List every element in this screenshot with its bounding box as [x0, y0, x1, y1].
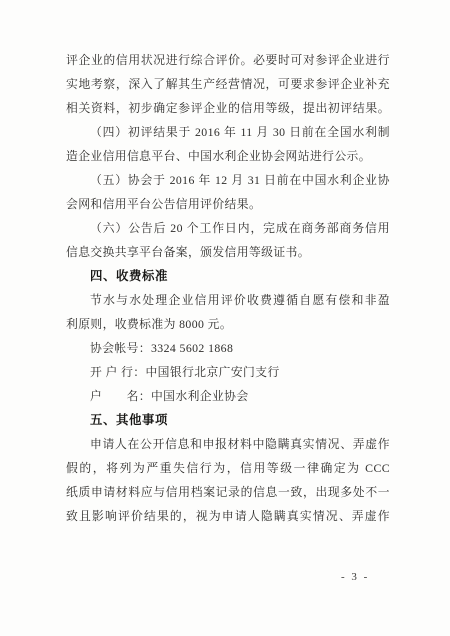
page-number: - 3 -	[341, 571, 369, 583]
paragraph: 协会帐号：3324 5602 1868	[66, 336, 390, 360]
text-line: 假的，将列为严重失信行为，信用等级一律确定为 CCC 级。	[66, 456, 390, 480]
text-line: 会网和信用平台公告信用评价结果。	[66, 192, 390, 216]
paragraph: 开 户 行：中国银行北京广安门支行	[66, 360, 390, 384]
paragraph: （五）协会于 2016 年 12 月 31 日前在中国水利企业协会网和信用平台公…	[66, 168, 390, 216]
text-line: 协会帐号：3324 5602 1868	[66, 336, 390, 360]
section-heading: 五、其他事项	[66, 408, 390, 432]
text-line: （五）协会于 2016 年 12 月 31 日前在中国水利企业协	[66, 168, 390, 192]
text-line: 造企业信用信息平台、中国水利企业协会网站进行公示。	[66, 144, 390, 168]
paragraph: （四）初评结果于 2016 年 11 月 30 日前在全国水利制造企业信用信息平…	[66, 120, 390, 168]
text-line: 相关资料，初步确定参评企业的信用等级，提出初评结果。	[66, 96, 390, 120]
paragraph: 节水与水处理企业信用评价收费遵循自愿有偿和非盈利原则，收费标准为 8000 元。	[66, 288, 390, 336]
text-line: 申请人在公开信息和申报材料中隐瞒真实情况、弄虚作	[66, 432, 390, 456]
section-heading: 四、收费标准	[66, 264, 390, 288]
paragraph: 户 名：中国水利企业协会	[66, 384, 390, 408]
text-line: 实地考察，深入了解其生产经营情况，可要求参评企业补充	[66, 72, 390, 96]
text-line: 致且影响评价结果的，视为申请人隐瞒真实情况、弄虚作假。	[66, 504, 390, 528]
text-line: 评企业的信用状况进行综合评价。必要时可对参评企业进行	[66, 48, 390, 72]
text-line: 开 户 行：中国银行北京广安门支行	[66, 360, 390, 384]
text-line: 户 名：中国水利企业协会	[66, 384, 390, 408]
paragraph: 评企业的信用状况进行综合评价。必要时可对参评企业进行实地考察，深入了解其生产经营…	[66, 48, 390, 120]
document-page: 评企业的信用状况进行综合评价。必要时可对参评企业进行实地考察，深入了解其生产经营…	[0, 0, 450, 636]
paragraph: 申请人在公开信息和申报材料中隐瞒真实情况、弄虚作假的，将列为严重失信行为，信用等…	[66, 432, 390, 528]
text-line: （四）初评结果于 2016 年 11 月 30 日前在全国水利制	[66, 120, 390, 144]
text-line: 节水与水处理企业信用评价收费遵循自愿有偿和非盈	[66, 288, 390, 312]
text-line: 利原则，收费标准为 8000 元。	[66, 312, 390, 336]
text-line: 纸质申请材料应与信用档案记录的信息一致，出现多处不一	[66, 480, 390, 504]
paragraph: （六）公告后 20 个工作日内，完成在商务部商务信用信息交换共享平台备案，颁发信…	[66, 216, 390, 264]
text-line: 信息交换共享平台备案，颁发信用等级证书。	[66, 240, 390, 264]
document-body: 评企业的信用状况进行综合评价。必要时可对参评企业进行实地考察，深入了解其生产经营…	[66, 48, 390, 528]
text-line: （六）公告后 20 个工作日内，完成在商务部商务信用	[66, 216, 390, 240]
